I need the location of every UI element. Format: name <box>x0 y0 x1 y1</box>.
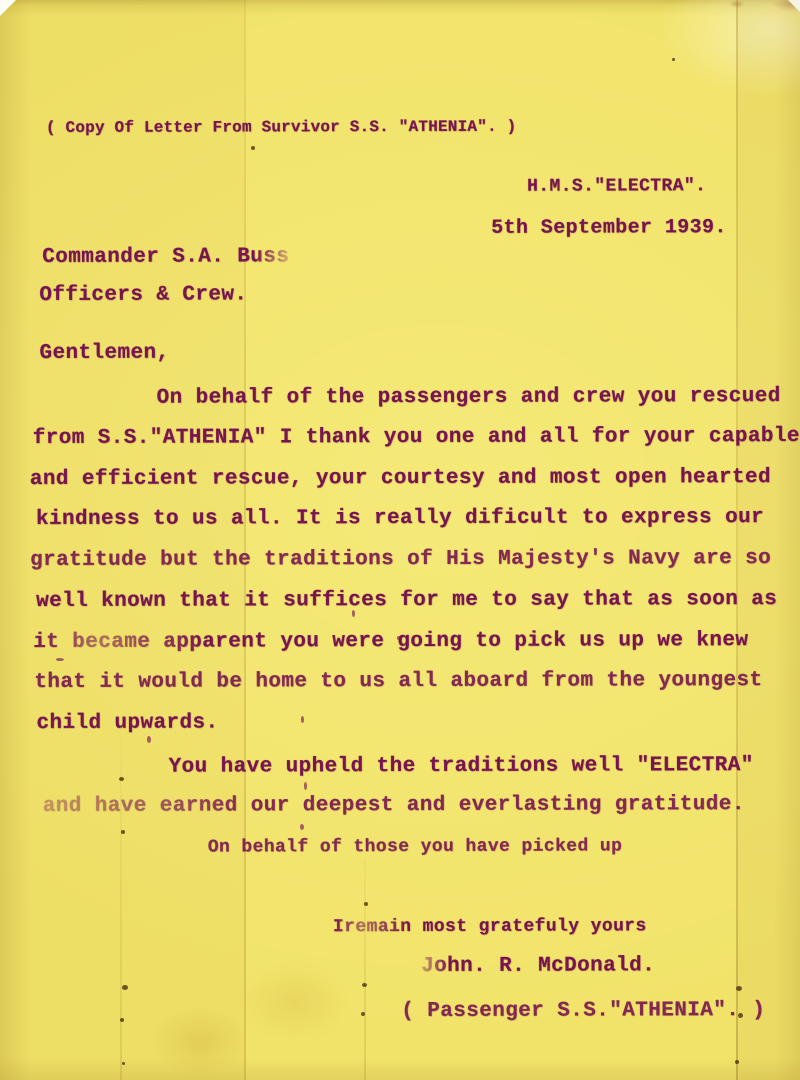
heading-line: ( Copy Of Letter From Survivor S.S. "ATH… <box>46 118 517 137</box>
body-line-3: and efficient rescue, your courtesy and … <box>30 466 771 491</box>
recipient-officers: Officers & Crew. <box>39 283 247 307</box>
body-line-7: it became apparent you were going to pic… <box>33 629 748 654</box>
letter-page: ( Copy Of Letter From Survivor S.S. "ATH… <box>0 0 800 1080</box>
signature-name: John. R. McDonald. <box>421 954 655 978</box>
typed-text: ( Copy Of Letter From Survivor S.S. "ATH… <box>0 0 800 1080</box>
letterhead-date: 5th September 1939. <box>491 216 727 240</box>
body-line-4: kindness to us all. It is really dificul… <box>36 506 764 531</box>
body-line-6: well known that it suffices for me to sa… <box>36 588 777 613</box>
salutation: Gentlemen, <box>39 342 169 365</box>
body-line-9: child upwards. <box>36 711 218 734</box>
valediction: Iremain most gratefuly yours <box>333 916 647 937</box>
body-line-1: On behalf of the passengers and crew you… <box>157 385 781 410</box>
body-line-11: and have earned our deepest and everlast… <box>43 793 745 818</box>
body-line-5: gratitude but the traditions of His Maje… <box>30 547 771 572</box>
body-line-2: from S.S."ATHENIA" I thank you one and a… <box>33 425 800 450</box>
body-line-8: that it would be home to us all aboard f… <box>34 669 762 694</box>
body-line-10: You have upheld the traditions well "ELE… <box>169 754 754 779</box>
body-line-12: On behalf of those you have picked up <box>208 836 623 857</box>
signature-note: ( Passenger S.S."ATHENIA". ) <box>401 999 765 1023</box>
recipient-commander: Commander S.A. Buss <box>42 245 289 269</box>
letterhead-ship: H.M.S."ELECTRA". <box>527 176 706 196</box>
